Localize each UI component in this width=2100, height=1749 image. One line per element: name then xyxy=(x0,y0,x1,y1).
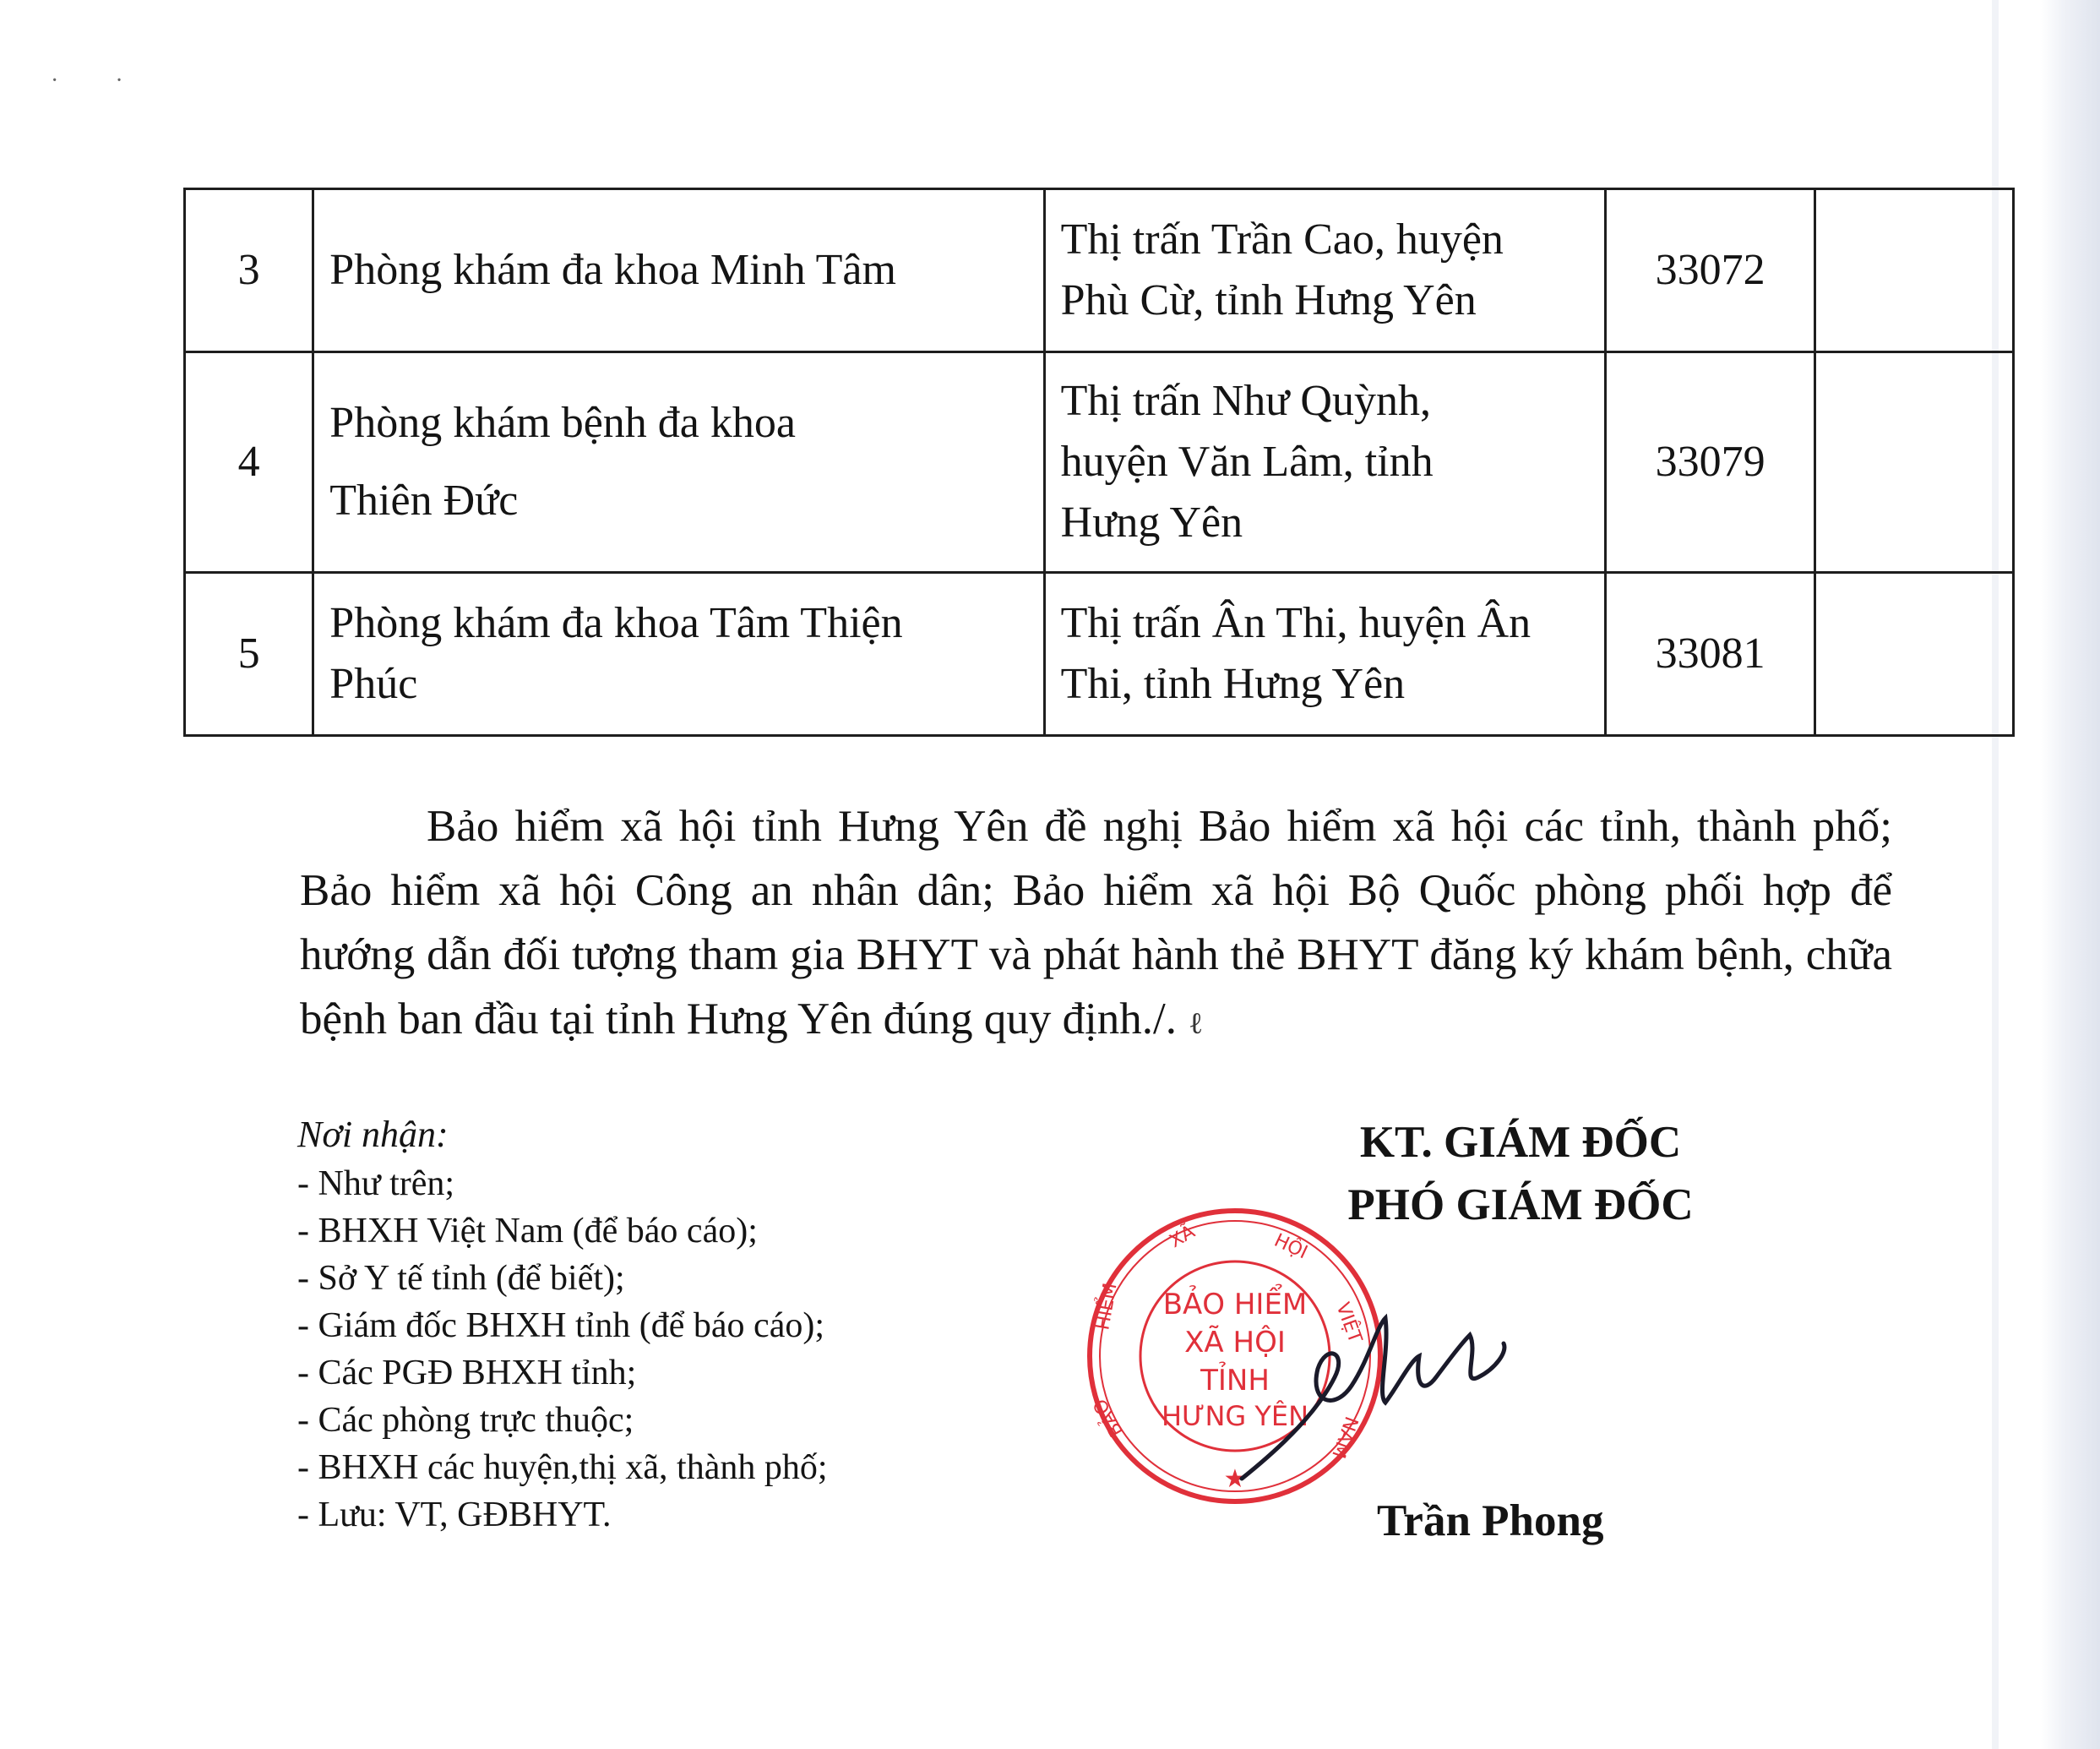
svg-text:BẢO: BẢO xyxy=(1088,1395,1128,1441)
table-row: 3 Phòng khám đa khoa Minh Tâm Thị trấn T… xyxy=(185,189,2014,352)
recipients-heading: Nơi nhận: xyxy=(297,1111,828,1158)
name-line: Phòng khám đa khoa Tâm Thiện xyxy=(329,593,1027,654)
recipients-block: Nơi nhận: - Như trên; - BHXH Việt Nam (đ… xyxy=(297,1111,828,1539)
recipient-item: - Các PGĐ BHXH tỉnh; xyxy=(297,1349,828,1397)
body-paragraph: Bảo hiểm xã hội tỉnh Hưng Yên đề nghị Bả… xyxy=(300,794,1892,1055)
row-number: 4 xyxy=(185,352,313,573)
row-number: 5 xyxy=(185,573,313,736)
note-cell xyxy=(1814,573,2013,736)
name-line: Thiên Đức xyxy=(329,462,1027,540)
facility-table: 3 Phòng khám đa khoa Minh Tâm Thị trấn T… xyxy=(183,188,2015,737)
recipient-item: - Như trên; xyxy=(297,1160,828,1207)
facility-name: Phòng khám đa khoa Minh Tâm xyxy=(313,189,1044,352)
recipient-item: - Sở Y tế tỉnh (để biết); xyxy=(297,1255,828,1302)
handwritten-mark: ℓ xyxy=(1189,1006,1203,1040)
signer-name: Trần Phong xyxy=(1377,1496,1604,1546)
svg-text:HIỂM: HIỂM xyxy=(1090,1281,1121,1332)
facility-address: Thị trấn Trần Cao, huyện Phù Cừ, tỉnh Hư… xyxy=(1044,189,1606,352)
facility-address: Thị trấn Ân Thi, huyện Ân Thi, tỉnh Hưng… xyxy=(1044,573,1606,736)
recipient-item: - BHXH các huyện,thị xã, thành phố; xyxy=(297,1444,828,1491)
table-row: 4 Phòng khám bệnh đa khoa Thiên Đức Thị … xyxy=(185,352,2014,573)
signature-title-line1: KT. GIÁM ĐỐC xyxy=(1301,1111,1740,1174)
recipient-item: - Lưu: VT, GĐBHYT. xyxy=(297,1491,828,1539)
address-line: huyện Văn Lâm, tỉnh xyxy=(1061,432,1590,493)
body-text: Bảo hiểm xã hội tỉnh Hưng Yên đề nghị Bả… xyxy=(300,802,1892,1043)
recipient-item: - Các phòng trực thuộc; xyxy=(297,1397,828,1444)
facility-name: Phòng khám bệnh đa khoa Thiên Đức xyxy=(313,352,1044,573)
address-line: Thị trấn Trần Cao, huyện xyxy=(1061,210,1590,270)
address-line: Thị trấn Như Quỳnh, xyxy=(1061,371,1590,432)
note-cell xyxy=(1814,189,2013,352)
facility-address: Thị trấn Như Quỳnh, huyện Văn Lâm, tỉnh … xyxy=(1044,352,1606,573)
address-line: Hưng Yên xyxy=(1061,493,1590,553)
note-cell xyxy=(1814,352,2013,573)
scan-edge-shadow xyxy=(2041,0,2100,1749)
name-line: Phúc xyxy=(329,654,1027,715)
scan-specks: · · xyxy=(51,68,149,95)
handwritten-signature-icon xyxy=(1216,1276,1537,1496)
address-line: Phù Cừ, tỉnh Hưng Yên xyxy=(1061,270,1590,331)
recipient-item: - Giám đốc BHXH tỉnh (để báo cáo); xyxy=(297,1302,828,1349)
recipient-item: - BHXH Việt Nam (để báo cáo); xyxy=(297,1207,828,1255)
facility-code: 33081 xyxy=(1606,573,1814,736)
table-row: 5 Phòng khám đa khoa Tâm Thiện Phúc Thị … xyxy=(185,573,2014,736)
address-line: Thị trấn Ân Thi, huyện Ân xyxy=(1061,593,1590,654)
row-number: 3 xyxy=(185,189,313,352)
svg-text:HỘI: HỘI xyxy=(1270,1229,1311,1264)
facility-code: 33079 xyxy=(1606,352,1814,573)
name-line: Phòng khám bệnh đa khoa xyxy=(329,384,1027,462)
facility-code: 33072 xyxy=(1606,189,1814,352)
facility-name: Phòng khám đa khoa Tâm Thiện Phúc xyxy=(313,573,1044,736)
address-line: Thi, tỉnh Hưng Yên xyxy=(1061,654,1590,715)
